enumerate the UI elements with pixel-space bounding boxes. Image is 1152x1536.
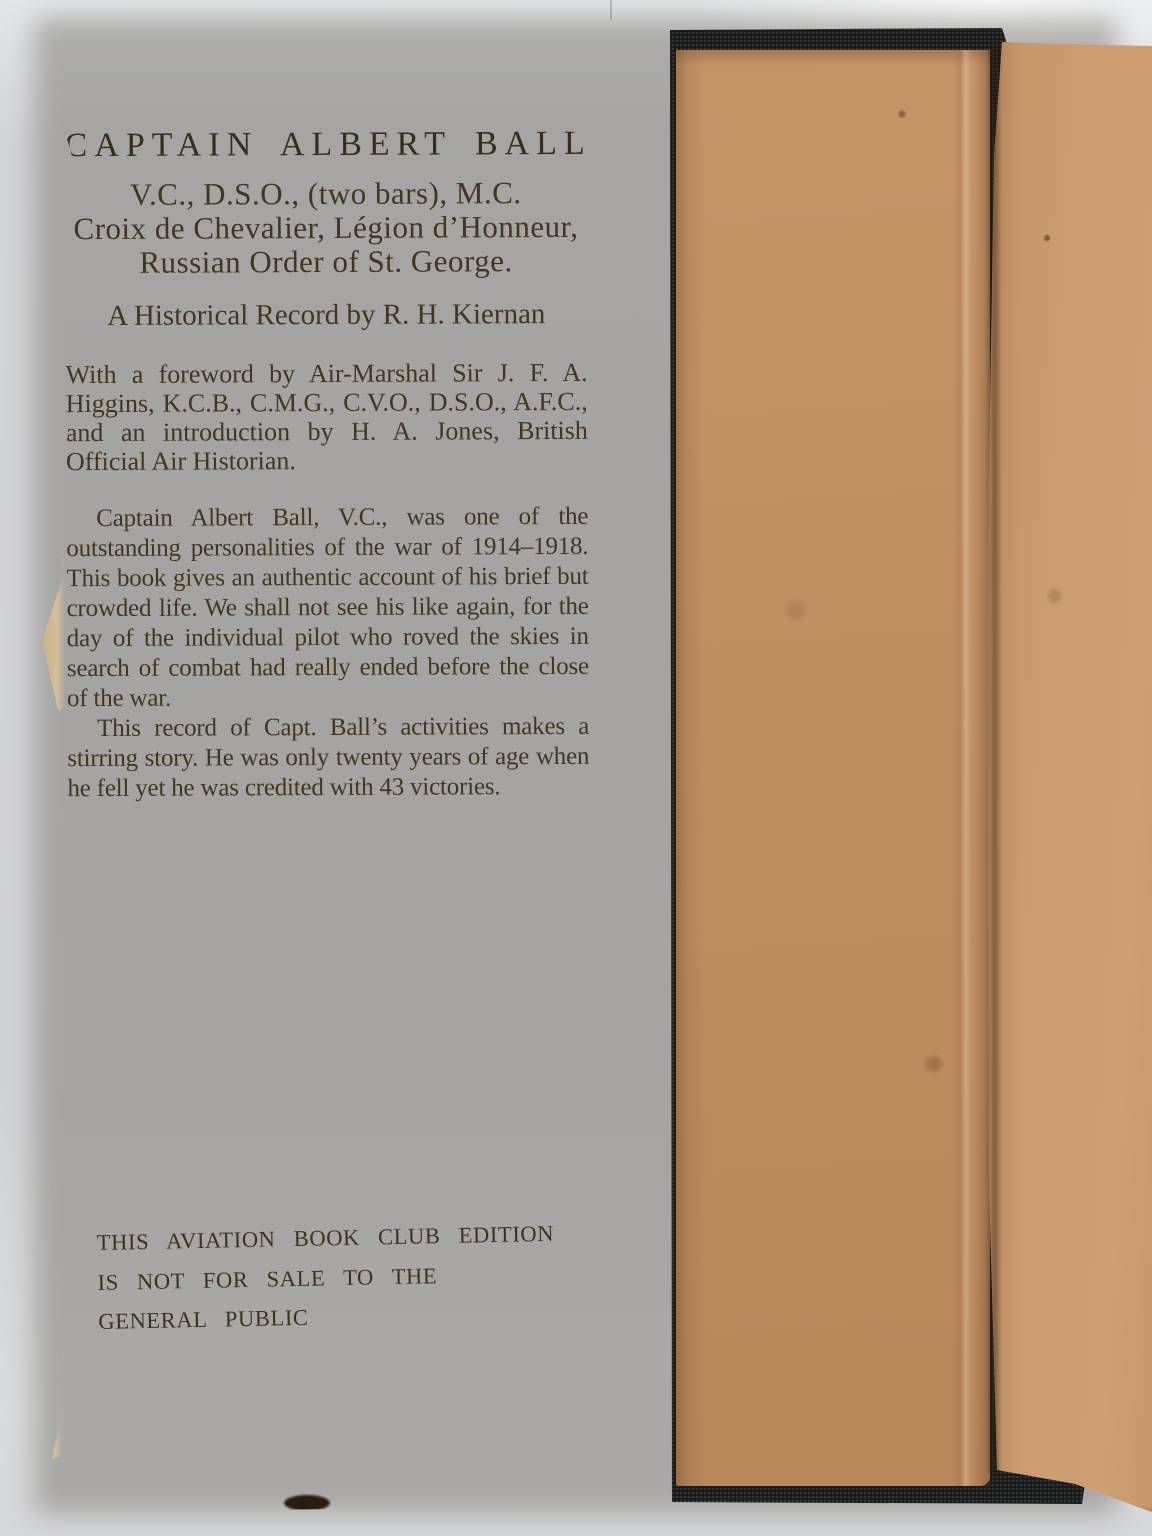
flap-title: CAPTAIN ALBERT BALL [65,125,587,165]
page-gutter-shadow [986,44,1001,1474]
flap-byline: A Historical Record by R. H. Kiernan [65,298,587,333]
flap-synopsis: Captain Albert Ball, V.C., was one of th… [66,502,589,804]
backdrop-seam [610,0,612,20]
flyleaf-page [985,36,1152,1518]
flap-synopsis-paragraph: This record of Capt. Ball’s activities m… [67,712,589,804]
flap-synopsis-paragraph: Captain Albert Ball, V.C., was one of th… [66,502,589,714]
book-photo: CAPTAIN ALBERT BALL V.C., D.S.O., (two b… [0,0,1152,1536]
flap-edition-notice: THIS AVIATION BOOK CLUB EDITION IS NOT F… [96,1213,620,1342]
flap-credits: With a foreword by Air-Marshal Sir J. F.… [66,358,589,476]
flap-bottom-tear [284,1495,330,1511]
endpaper-pastedown [676,50,990,1486]
flap-honour-french-line: Croix de Chevalier, Légion d’Honneur, [65,209,587,247]
flap-honour-russian-line: Russian Order of St. George. [65,243,587,281]
flap-decorations-line: V.C., D.S.O., (two bars), M.C. [65,175,587,213]
dust-jacket-flap: CAPTAIN ALBERT BALL V.C., D.S.O., (two b… [38,6,694,1520]
